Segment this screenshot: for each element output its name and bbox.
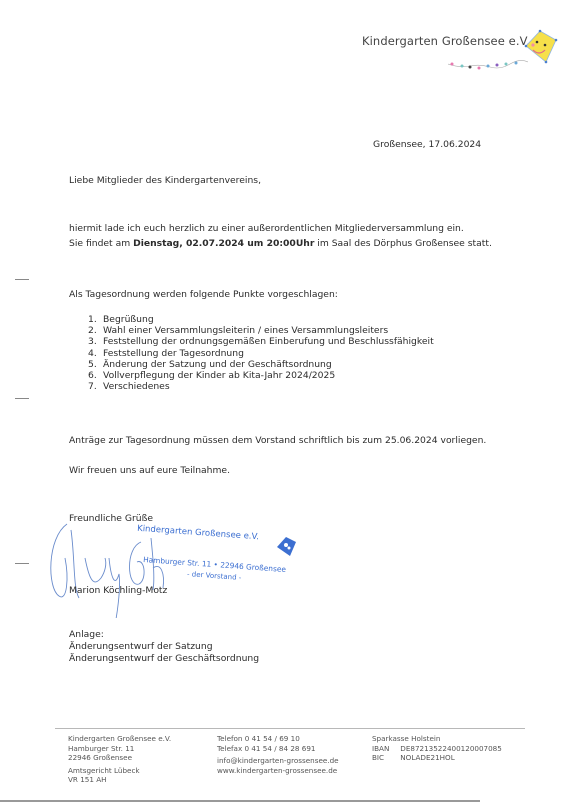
attachments: Anlage: Änderungsentwurf der Satzung Änd… xyxy=(69,629,259,665)
fold-mark xyxy=(15,279,29,280)
footer-iban: IBAN DE87213522400120007085 xyxy=(372,744,502,754)
salutation: Liebe Mitglieder des Kindergartenvereins… xyxy=(69,174,261,187)
attachment-item: Änderungsentwurf der Geschäftsordnung xyxy=(69,653,259,665)
footer-divider xyxy=(55,728,525,729)
thanks-line: Wir freuen uns auf eure Teilnahme. xyxy=(69,464,230,477)
stamp-kite-icon xyxy=(275,536,297,558)
attachment-item: Änderungsentwurf der Satzung xyxy=(69,641,259,653)
para2-prefix: Sie findet am xyxy=(69,238,133,249)
agenda-item: 1.Begrüßung xyxy=(88,314,434,325)
signer-name: Marion Köchling-Motz xyxy=(69,584,167,597)
stamp-org-name: Kindergarten Großensee e.V. xyxy=(137,524,259,542)
kite-tail-icon xyxy=(448,58,528,76)
footer-city: 22946 Großensee xyxy=(68,753,171,763)
letterhead-org-name: Kindergarten Großensee e.V. xyxy=(362,34,530,48)
meeting-datetime: Dienstag, 02.07.2024 um 20:00Uhr xyxy=(133,238,314,249)
letter-date: Großensee, 17.06.2024 xyxy=(373,138,481,151)
agenda-item: 5.Änderung der Satzung und der Geschäfts… xyxy=(88,359,434,370)
agenda-item: 3.Feststellung der ordnungsgemäßen Einbe… xyxy=(88,336,434,347)
fold-mark xyxy=(15,563,29,564)
attachments-label: Anlage: xyxy=(69,629,259,641)
footer-address-column: Kindergarten Großensee e.V. Hamburger St… xyxy=(68,734,171,785)
body-paragraph-2: Sie findet am Dienstag, 02.07.2024 um 20… xyxy=(69,237,492,250)
para2-suffix: im Saal des Dörphus Großensee statt. xyxy=(314,238,492,249)
agenda-item: 6.Vollverpflegung der Kinder ab Kita-Jah… xyxy=(88,370,434,381)
footer-fax: Telefax 0 41 54 / 84 28 691 xyxy=(217,744,339,754)
footer-contact-column: Telefon 0 41 54 / 69 10 Telefax 0 41 54 … xyxy=(217,734,339,775)
body-paragraph-1: hiermit lade ich euch herzlich zu einer … xyxy=(69,222,464,235)
agenda-item: 2.Wahl einer Versammlungsleiterin / eine… xyxy=(88,325,434,336)
footer-bic: BIC NOLADE21HOL xyxy=(372,753,502,763)
punch-mark xyxy=(15,398,29,399)
agenda-item: 4.Feststellung der Tagesordnung xyxy=(88,348,434,359)
footer-bank-name: Sparkasse Holstein xyxy=(372,734,502,744)
footer-court: Amtsgericht Lübeck xyxy=(68,766,171,776)
footer-email-link[interactable]: info@kindergarten-grossensee.de xyxy=(217,756,339,766)
footer-bank-column: Sparkasse Holstein IBAN DE87213522400120… xyxy=(372,734,502,763)
footer-website-link[interactable]: www.kindergarten-grossensee.de xyxy=(217,766,339,776)
footer-org-name: Kindergarten Großensee e.V. xyxy=(68,734,171,744)
deadline-note: Anträge zur Tagesordnung müssen dem Vors… xyxy=(69,434,486,447)
agenda-list: 1.Begrüßung 2.Wahl einer Versammlungslei… xyxy=(88,314,434,392)
footer-street: Hamburger Str. 11 xyxy=(68,744,171,754)
footer-register: VR 151 AH xyxy=(68,775,171,785)
stamp-board: - der Vorstand - xyxy=(187,570,242,582)
agenda-intro: Als Tagesordnung werden folgende Punkte … xyxy=(69,288,338,301)
scan-edge-line xyxy=(0,800,480,802)
agenda-item: 7.Verschiedenes xyxy=(88,381,434,392)
footer-phone: Telefon 0 41 54 / 69 10 xyxy=(217,734,339,744)
